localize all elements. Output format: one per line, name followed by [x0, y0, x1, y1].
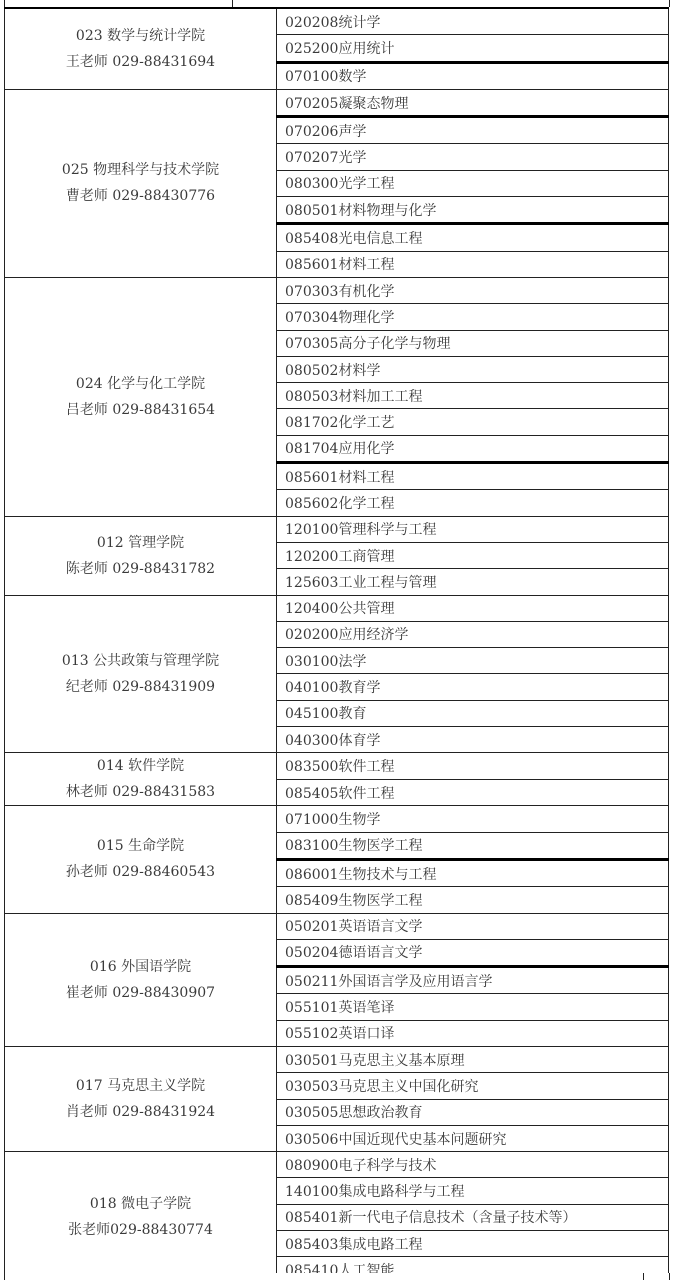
major-label: 080503材料加工工程 [285, 389, 422, 405]
major-label: 050201英语语言文学 [285, 919, 422, 935]
major-cell: 070305高分子化学与物理 [277, 330, 669, 356]
major-label: 085401新一代电子信息技术（含量子技术等） [285, 1210, 576, 1226]
college-cell: 014 软件学院林老师 029-88431583 [5, 753, 277, 806]
college-contact: 林老师 029-88431583 [11, 779, 270, 805]
major-label: 086001生物技术与工程 [285, 867, 436, 883]
college-contact: 肖老师 029-88431924 [11, 1099, 270, 1125]
partial-row-top [4, 0, 670, 7]
major-cell: 055102英语口译 [277, 1020, 669, 1046]
major-cell: 030501马克思主义基本原理 [277, 1046, 669, 1072]
document-page: 023 数学与统计学院王老师 029-88431694020208统计学0252… [0, 0, 673, 1280]
major-label: 020208统计学 [285, 15, 380, 31]
major-label: 080501材料物理与化学 [285, 203, 436, 219]
major-label: 140100集成电路科学与工程 [285, 1184, 464, 1200]
major-cell: 070206声学 [277, 117, 669, 144]
major-label: 085409生物医学工程 [285, 893, 422, 909]
major-label: 025200应用统计 [285, 41, 394, 57]
major-label: 030503马克思主义中国化研究 [285, 1079, 478, 1095]
major-label: 080300光学工程 [285, 176, 394, 192]
major-label: 085601材料工程 [285, 470, 394, 486]
major-cell: 030503马克思主义中国化研究 [277, 1073, 669, 1099]
major-label: 070100数学 [285, 69, 366, 85]
college-name: 017 马克思主义学院 [11, 1073, 270, 1099]
college-cell: 012 管理学院陈老师 029-88431782 [5, 516, 277, 595]
major-cell: 120200工商管理 [277, 542, 669, 568]
programs-table-body: 023 数学与统计学院王老师 029-88431694020208统计学0252… [5, 8, 669, 1280]
college-name: 016 外国语学院 [11, 954, 270, 980]
major-cell: 080502材料学 [277, 356, 669, 382]
major-label: 030506中国近现代史基本问题研究 [285, 1132, 506, 1148]
major-cell: 070207光学 [277, 144, 669, 170]
major-label: 085405软件工程 [285, 786, 394, 802]
group-row: 017 马克思主义学院肖老师 029-88431924030501马克思主义基本… [5, 1046, 669, 1072]
major-cell: 085408光电信息工程 [277, 224, 669, 251]
major-cell: 045100教育 [277, 700, 669, 726]
major-label: 030501马克思主义基本原理 [285, 1053, 464, 1069]
group-row: 018 微电子学院张老师029-88430774080900电子科学与技术 [5, 1152, 669, 1178]
programs-table: 023 数学与统计学院王老师 029-88431694020208统计学0252… [4, 7, 669, 1280]
major-cell: 050204德语语言文学 [277, 939, 669, 966]
major-cell: 050201英语语言文学 [277, 913, 669, 939]
major-label: 040300体育学 [285, 733, 380, 749]
major-label: 070205凝聚态物理 [285, 96, 408, 112]
college-cell: 017 马克思主义学院肖老师 029-88431924 [5, 1046, 277, 1151]
major-label: 083100生物医学工程 [285, 838, 422, 854]
major-cell: 085403集成电路工程 [277, 1231, 669, 1257]
college-name: 014 软件学院 [11, 753, 270, 779]
partial-row-top-divider [232, 0, 233, 7]
major-label: 120100管理科学与工程 [285, 522, 436, 538]
major-cell: 085405软件工程 [277, 779, 669, 806]
major-cell: 120400公共管理 [277, 595, 669, 621]
college-name: 018 微电子学院 [11, 1191, 270, 1217]
major-cell: 020208统计学 [277, 8, 669, 35]
major-label: 040100教育学 [285, 680, 380, 696]
group-row: 013 公共政策与管理学院纪老师 029-88431909120400公共管理 [5, 595, 669, 621]
major-label: 055102英语口译 [285, 1026, 394, 1042]
group-row: 025 物理科学与技术学院曹老师 029-88430776070205凝聚态物理 [5, 89, 669, 116]
major-label: 070303有机化学 [285, 284, 394, 300]
major-label: 070304物理化学 [285, 310, 394, 326]
college-name: 024 化学与化工学院 [11, 371, 270, 397]
major-label: 071000生物学 [285, 812, 380, 828]
major-label: 120400公共管理 [285, 601, 394, 617]
group-row: 012 管理学院陈老师 029-88431782120100管理科学与工程 [5, 516, 669, 542]
major-label: 070305高分子化学与物理 [285, 336, 450, 352]
major-cell: 085409生物医学工程 [277, 887, 669, 913]
college-contact: 崔老师 029-88430907 [11, 980, 270, 1006]
college-name: 025 物理科学与技术学院 [11, 157, 270, 183]
major-cell: 070100数学 [277, 62, 669, 89]
group-row: 024 化学与化工学院吕老师 029-88431654070303有机化学 [5, 277, 669, 303]
major-label: 125603工业工程与管理 [285, 575, 436, 591]
major-label: 055101英语笔译 [285, 1000, 394, 1016]
group-row: 015 生命学院孙老师 029-88460543071000生物学 [5, 806, 669, 832]
major-label: 083500软件工程 [285, 759, 394, 775]
college-cell: 025 物理科学与技术学院曹老师 029-88430776 [5, 89, 277, 277]
college-cell: 016 外国语学院崔老师 029-88430907 [5, 913, 277, 1046]
major-label: 081702化学工艺 [285, 415, 394, 431]
college-cell: 024 化学与化工学院吕老师 029-88431654 [5, 277, 277, 516]
major-cell: 030100法学 [277, 648, 669, 674]
major-cell: 020200应用经济学 [277, 621, 669, 647]
major-label: 030100法学 [285, 654, 366, 670]
major-label: 085403集成电路工程 [285, 1237, 422, 1253]
major-label: 070206声学 [285, 124, 366, 140]
major-label: 081704应用化学 [285, 441, 394, 457]
college-name: 013 公共政策与管理学院 [11, 648, 270, 674]
major-cell: 086001生物技术与工程 [277, 859, 669, 886]
college-cell: 023 数学与统计学院王老师 029-88431694 [5, 8, 277, 89]
major-cell: 040100教育学 [277, 674, 669, 700]
major-cell: 081702化学工艺 [277, 409, 669, 435]
major-label: 020200应用经济学 [285, 627, 408, 643]
college-name: 015 生命学院 [11, 833, 270, 859]
major-cell: 071000生物学 [277, 806, 669, 832]
partial-row-bottom [4, 1273, 670, 1280]
college-contact: 吕老师 029-88431654 [11, 397, 270, 423]
major-cell: 085602化学工程 [277, 490, 669, 516]
college-cell: 013 公共政策与管理学院纪老师 029-88431909 [5, 595, 277, 753]
major-cell: 081704应用化学 [277, 435, 669, 462]
major-cell: 125603工业工程与管理 [277, 569, 669, 595]
major-cell: 080503材料加工工程 [277, 383, 669, 409]
college-contact: 陈老师 029-88431782 [11, 556, 270, 582]
major-label: 080900电子科学与技术 [285, 1158, 436, 1174]
major-cell: 085601材料工程 [277, 463, 669, 490]
major-label: 030505思想政治教育 [285, 1105, 422, 1121]
major-label: 070207光学 [285, 150, 366, 166]
major-label: 080502材料学 [285, 363, 380, 379]
major-cell: 085601材料工程 [277, 251, 669, 277]
college-cell: 018 微电子学院张老师029-88430774 [5, 1152, 277, 1280]
major-cell: 083500软件工程 [277, 753, 669, 780]
college-contact: 孙老师 029-88460543 [11, 859, 270, 885]
college-contact: 张老师029-88430774 [11, 1217, 270, 1243]
major-cell: 050211外国语言学及应用语言学 [277, 967, 669, 994]
major-cell: 083100生物医学工程 [277, 832, 669, 859]
major-label: 085408光电信息工程 [285, 231, 422, 247]
major-cell: 085401新一代电子信息技术（含量子技术等） [277, 1204, 669, 1230]
major-label: 085601材料工程 [285, 257, 394, 273]
partial-row-bottom-divider [643, 1273, 644, 1280]
major-cell: 080501材料物理与化学 [277, 197, 669, 224]
group-row: 016 外国语学院崔老师 029-88430907050201英语语言文学 [5, 913, 669, 939]
major-cell: 120100管理科学与工程 [277, 516, 669, 542]
major-label: 120200工商管理 [285, 549, 394, 565]
major-cell: 080900电子科学与技术 [277, 1152, 669, 1178]
college-contact: 纪老师 029-88431909 [11, 674, 270, 700]
college-name: 023 数学与统计学院 [11, 23, 270, 49]
major-label: 045100教育 [285, 706, 366, 722]
group-row: 014 软件学院林老师 029-88431583083500软件工程 [5, 753, 669, 780]
college-name: 012 管理学院 [11, 530, 270, 556]
major-cell: 070205凝聚态物理 [277, 89, 669, 116]
major-label: 085602化学工程 [285, 496, 394, 512]
major-cell: 040300体育学 [277, 727, 669, 753]
major-cell: 080300光学工程 [277, 170, 669, 196]
major-cell: 030505思想政治教育 [277, 1099, 669, 1125]
major-cell: 070303有机化学 [277, 277, 669, 303]
major-cell: 070304物理化学 [277, 304, 669, 330]
college-cell: 015 生命学院孙老师 029-88460543 [5, 806, 277, 913]
major-cell: 025200应用统计 [277, 35, 669, 62]
major-label: 050211外国语言学及应用语言学 [285, 974, 492, 990]
major-label: 050204德语语言文学 [285, 945, 422, 961]
college-contact: 王老师 029-88431694 [11, 49, 270, 75]
college-contact: 曹老师 029-88430776 [11, 183, 270, 209]
group-row: 023 数学与统计学院王老师 029-88431694020208统计学 [5, 8, 669, 35]
major-cell: 140100集成电路科学与工程 [277, 1178, 669, 1204]
major-cell: 055101英语笔译 [277, 994, 669, 1020]
major-cell: 030506中国近现代史基本问题研究 [277, 1125, 669, 1151]
